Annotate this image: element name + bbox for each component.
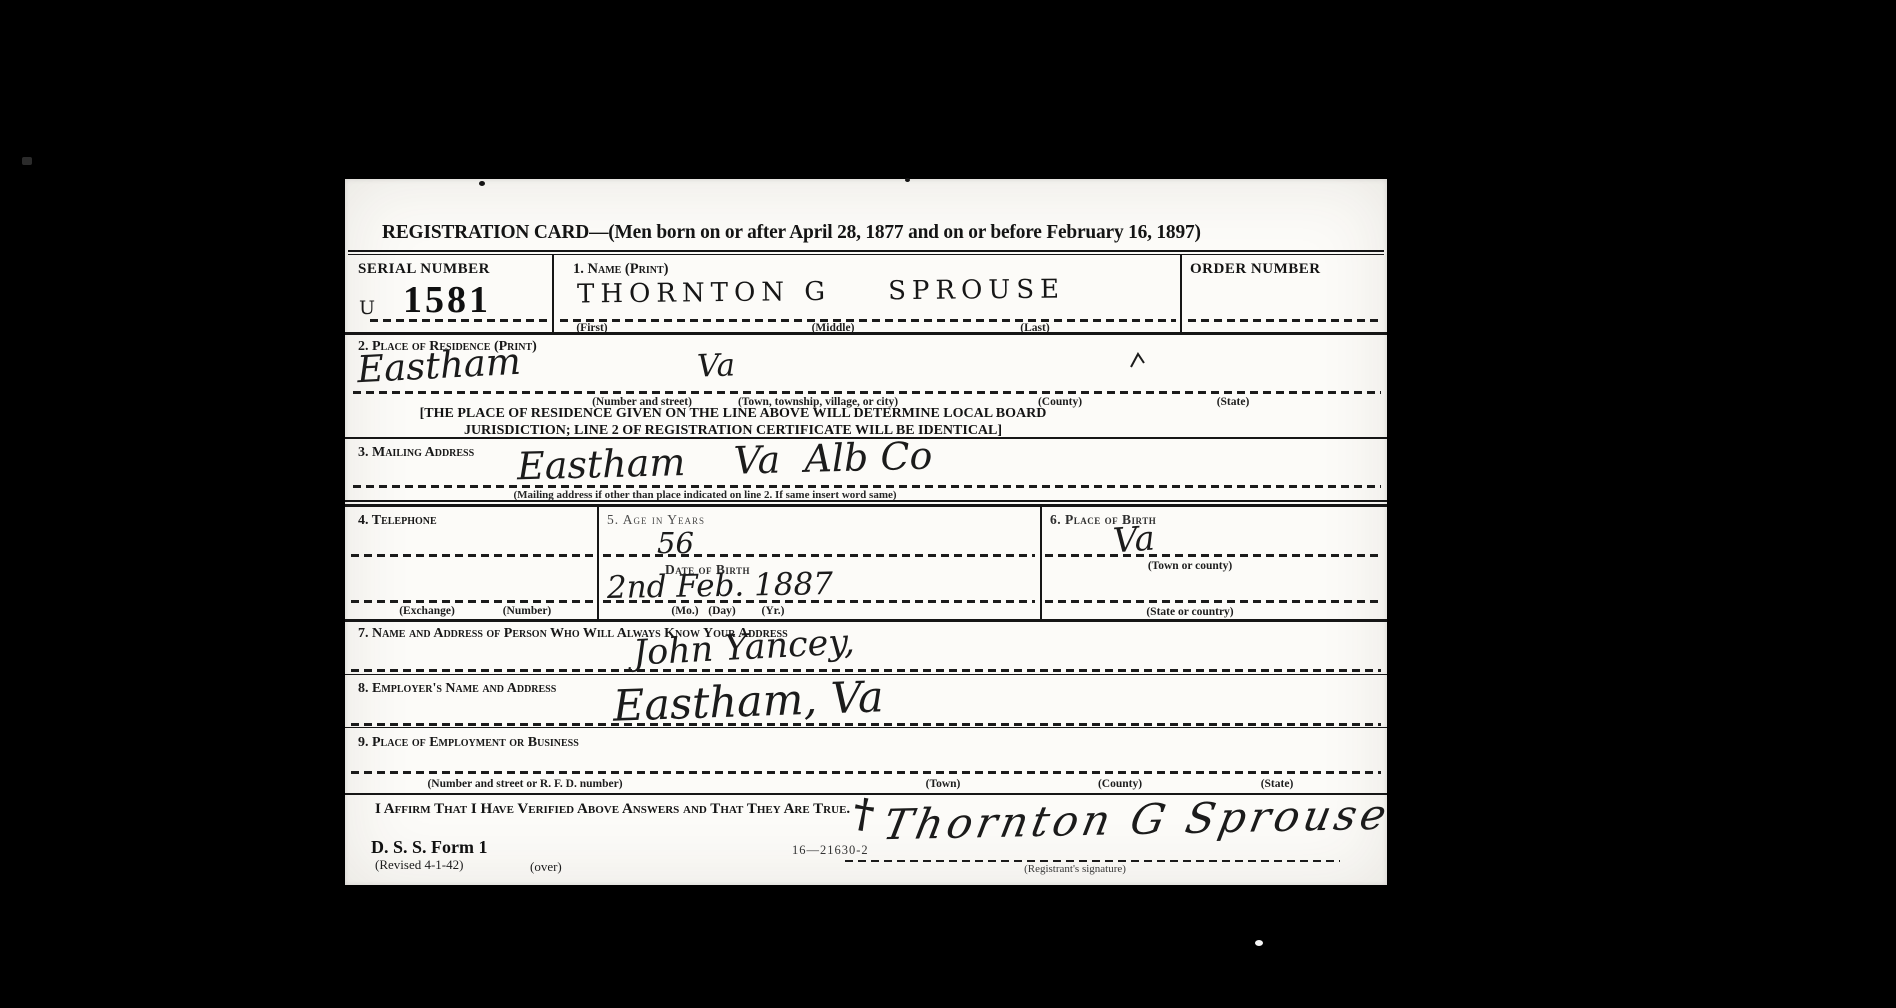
print-code: 16—21630-2: [792, 843, 869, 858]
form-revision: (Revised 4-1-42): [375, 857, 463, 873]
employment-label: 9. Place of Employment or Business: [358, 735, 579, 751]
rule-line: [348, 254, 1384, 255]
scan-speck: [479, 181, 485, 186]
name-label: 1. Name (Print): [573, 261, 668, 278]
serial-number-label: SERIAL NUMBER: [358, 261, 490, 278]
telephone-label: 4. Telephone: [358, 513, 437, 529]
affirmation-text: I Affirm That I Have Verified Above Answ…: [375, 801, 850, 818]
dotted-line: [351, 771, 1381, 774]
dotted-line: [1045, 554, 1381, 557]
employment-street-sublabel: (Number and street or R. F. D. number): [400, 778, 650, 790]
birth-state-sublabel: (State or country): [1090, 606, 1290, 618]
state-sublabel: (State): [1183, 396, 1283, 408]
registrant-signature-handwriting: Thornton G Sprouse: [880, 794, 1394, 847]
employment-town-sublabel: (Town): [893, 778, 993, 790]
dotted-line: [845, 860, 1340, 862]
scan-speck: [905, 178, 910, 182]
signature-cross-mark: †: [850, 792, 878, 835]
employer-label: 8. Employer's Name and Address: [358, 681, 556, 697]
pen-mark: [1128, 351, 1148, 371]
dotted-line: [603, 600, 1035, 603]
scan-speck: [1255, 940, 1263, 946]
dotted-line: [353, 391, 1381, 394]
over-note: (over): [530, 859, 562, 875]
birth-town-sublabel: (Town or county): [1090, 560, 1290, 572]
rule-line: [345, 727, 1387, 728]
day-sublabel: (Day): [697, 605, 747, 617]
residence-state-handwriting: Va: [696, 350, 735, 382]
number-sublabel: (Number): [477, 605, 577, 617]
scanned-registration-card-page: { "card": { "title": "REGISTRATION CARD—…: [0, 0, 1896, 1008]
order-number-label: ORDER NUMBER: [1190, 261, 1321, 278]
year-sublabel: (Yr.): [748, 605, 798, 617]
card-title: REGISTRATION CARD—(Men born on or after …: [382, 221, 1201, 244]
rule-line: [348, 250, 1384, 252]
mailing-label: 3. Mailing Address: [358, 445, 474, 461]
name-handwriting: THORNTON G SPROUSE: [577, 276, 1065, 307]
rule-line: [345, 504, 1387, 507]
rule-line: [345, 619, 1387, 622]
contact-handwriting: John Yancey,: [632, 625, 855, 672]
residence-notice: [THE PLACE OF RESIDENCE GIVEN ON THE LIN…: [381, 406, 1085, 439]
dotted-line: [351, 723, 1381, 726]
birth-handwriting: Va: [1112, 522, 1156, 559]
dotted-line: [353, 485, 1381, 488]
column-divider: [1180, 255, 1182, 332]
employment-state-sublabel: (State): [1227, 778, 1327, 790]
rule-line: [345, 332, 1387, 335]
dotted-line: [1188, 319, 1382, 322]
column-divider: [597, 507, 599, 619]
employer-handwriting: Eastham, Va: [612, 676, 884, 728]
serial-number-value: 1581: [403, 281, 491, 319]
serial-prefix-handwriting: U: [359, 299, 375, 318]
rule-line: [345, 500, 1387, 502]
residence-notice-line1: [THE PLACE OF RESIDENCE GIVEN ON THE LIN…: [381, 406, 1085, 423]
dotted-line: [351, 600, 593, 603]
residence-street-handwriting: Eastham: [356, 343, 522, 389]
registrant-signature-label: (Registrant's signature): [925, 863, 1225, 875]
dotted-line: [370, 319, 548, 322]
dotted-line: [603, 554, 1035, 557]
mailing-handwriting: Eastham Va Alb Co: [517, 437, 933, 486]
dob-handwriting: 2nd Feb. 1887: [607, 569, 834, 604]
dotted-line: [351, 669, 1381, 672]
dotted-line: [351, 554, 593, 557]
dotted-line: [1045, 600, 1381, 603]
exchange-sublabel: (Exchange): [377, 605, 477, 617]
column-divider: [1040, 507, 1042, 619]
employment-county-sublabel: (County): [1070, 778, 1170, 790]
registration-card: REGISTRATION CARD—(Men born on or after …: [345, 179, 1387, 885]
column-divider: [552, 255, 554, 332]
scan-speck: [22, 157, 32, 165]
form-number: D. S. S. Form 1: [371, 837, 488, 858]
